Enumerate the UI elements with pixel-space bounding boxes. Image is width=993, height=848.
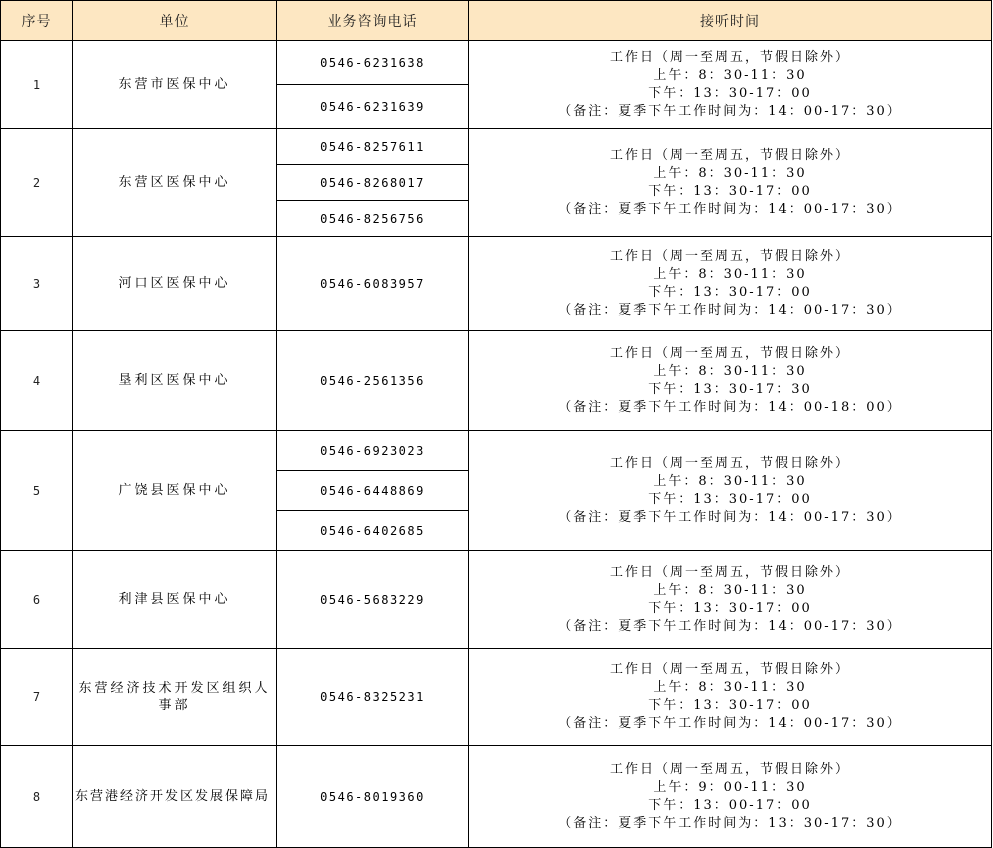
hours-summer-note: （备注：夏季下午工作时间为：14：00-17：30） [469, 509, 991, 527]
hours-workday: 工作日（周一至周五，节假日除外） [469, 761, 991, 779]
row-hours: 工作日（周一至周五，节假日除外） 上午：8：30-11：30 下午：13：30-… [469, 41, 992, 129]
hours-summer-note: （备注：夏季下午工作时间为：14：00-17：30） [469, 103, 991, 121]
table-row: 3 河口区医保中心 0546-6083957 工作日（周一至周五，节假日除外） … [1, 237, 992, 331]
row-phone[interactable]: 0546-8325231 [277, 649, 469, 746]
hours-workday: 工作日（周一至周五，节假日除外） [469, 564, 991, 582]
hours-morning: 上午：8：30-11：30 [469, 473, 991, 491]
row-unit: 垦利区医保中心 [73, 331, 277, 431]
row-seq: 3 [1, 237, 73, 331]
row-phone[interactable]: 0546-6923023 [277, 431, 469, 471]
hours-workday: 工作日（周一至周五，节假日除外） [469, 248, 991, 266]
row-phone[interactable]: 0546-8256756 [277, 201, 469, 237]
hours-morning: 上午：8：30-11：30 [469, 679, 991, 697]
hours-afternoon: 下午：13：30-17：00 [469, 491, 991, 509]
row-seq: 8 [1, 746, 73, 835]
row-unit: 东营市医保中心 [73, 41, 277, 129]
hours-summer-note: （备注：夏季下午工作时间为：14：00-17：30） [469, 618, 991, 636]
row-phone[interactable]: 0546-6448869 [277, 471, 469, 511]
row-hours: 工作日（周一至周五，节假日除外） 上午：8：30-11：30 下午：13：30-… [469, 237, 992, 331]
table-row: 5 广饶县医保中心 0546-6923023 工作日（周一至周五，节假日除外） … [1, 431, 992, 471]
hours-afternoon: 下午：13：30-17：00 [469, 183, 991, 201]
medical-insurance-contact-table: 序号 单位 业务咨询电话 接听时间 1 东营市医保中心 0546-6231638… [0, 0, 992, 834]
row-phone[interactable]: 0546-6231638 [277, 41, 469, 85]
row-seq: 6 [1, 551, 73, 649]
row-seq: 2 [1, 129, 73, 237]
hours-afternoon: 下午：13：30-17：30 [469, 381, 991, 399]
row-phone[interactable]: 0546-8257611 [277, 129, 469, 165]
row-phone[interactable]: 0546-5683229 [277, 551, 469, 649]
row-phone[interactable]: 0546-6083957 [277, 237, 469, 331]
row-hours: 工作日（周一至周五，节假日除外） 上午：8：30-11：30 下午：13：30-… [469, 331, 992, 431]
hours-summer-note: （备注：夏季下午工作时间为：14：00-17：30） [469, 201, 991, 219]
hours-afternoon: 下午：13：30-17：00 [469, 284, 991, 302]
row-phone[interactable]: 0546-2561356 [277, 331, 469, 431]
row-unit: 河口区医保中心 [73, 237, 277, 331]
table-row: 8 东营港经济开发区发展保障局 0546-8019360 工作日（周一至周五，节… [1, 746, 992, 835]
row-phone[interactable]: 0546-8019360 [277, 746, 469, 835]
hours-morning: 上午：9：00-11：30 [469, 779, 991, 797]
hours-summer-note: （备注：夏季下午工作时间为：14：00-17：30） [469, 302, 991, 320]
row-phone[interactable]: 0546-6402685 [277, 511, 469, 551]
row-hours: 工作日（周一至周五，节假日除外） 上午：8：30-11：30 下午：13：30-… [469, 129, 992, 237]
row-seq: 7 [1, 649, 73, 746]
hours-summer-note: （备注：夏季下午工作时间为：13：30-17：30） [469, 815, 991, 833]
row-unit: 东营区医保中心 [73, 129, 277, 237]
header-phone: 业务咨询电话 [277, 1, 469, 41]
header-hours: 接听时间 [469, 1, 992, 41]
table-row: 2 东营区医保中心 0546-8257611 工作日（周一至周五，节假日除外） … [1, 129, 992, 165]
row-hours: 工作日（周一至周五，节假日除外） 上午：8：30-11：30 下午：13：30-… [469, 551, 992, 649]
hours-morning: 上午：8：30-11：30 [469, 582, 991, 600]
header-seq: 序号 [1, 1, 73, 41]
row-seq: 5 [1, 431, 73, 551]
hours-workday: 工作日（周一至周五，节假日除外） [469, 147, 991, 165]
row-seq: 1 [1, 41, 73, 129]
hours-workday: 工作日（周一至周五，节假日除外） [469, 49, 991, 67]
hours-workday: 工作日（周一至周五，节假日除外） [469, 455, 991, 473]
hours-morning: 上午：8：30-11：30 [469, 363, 991, 381]
table-row: 4 垦利区医保中心 0546-2561356 工作日（周一至周五，节假日除外） … [1, 331, 992, 431]
hours-morning: 上午：8：30-11：30 [469, 67, 991, 85]
hours-afternoon: 下午：13：30-17：00 [469, 85, 991, 103]
row-phone[interactable]: 0546-8268017 [277, 165, 469, 201]
hours-afternoon: 下午：13：00-17：00 [469, 797, 991, 815]
table-header-row: 序号 单位 业务咨询电话 接听时间 [1, 1, 992, 41]
row-unit: 利津县医保中心 [73, 551, 277, 649]
row-hours: 工作日（周一至周五，节假日除外） 上午：8：30-11：30 下午：13：30-… [469, 431, 992, 551]
row-hours: 工作日（周一至周五，节假日除外） 上午：9：00-11：30 下午：13：00-… [469, 746, 992, 835]
hours-morning: 上午：8：30-11：30 [469, 165, 991, 183]
hours-workday: 工作日（周一至周五，节假日除外） [469, 345, 991, 363]
header-unit: 单位 [73, 1, 277, 41]
table-row: 6 利津县医保中心 0546-5683229 工作日（周一至周五，节假日除外） … [1, 551, 992, 649]
row-phone[interactable]: 0546-6231639 [277, 85, 469, 129]
hours-summer-note: （备注：夏季下午工作时间为：14：00-17：30） [469, 715, 991, 733]
row-unit: 东营港经济开发区发展保障局 [73, 746, 277, 835]
row-hours: 工作日（周一至周五，节假日除外） 上午：8：30-11：30 下午：13：30-… [469, 649, 992, 746]
row-unit: 东营经济技术开发区组织人事部 [73, 649, 277, 746]
row-seq: 4 [1, 331, 73, 431]
hours-afternoon: 下午：13：30-17：00 [469, 600, 991, 618]
hours-afternoon: 下午：13：30-17：00 [469, 697, 991, 715]
hours-summer-note: （备注：夏季下午工作时间为：14：00-18：00） [469, 399, 991, 417]
hours-morning: 上午：8：30-11：30 [469, 266, 991, 284]
hours-workday: 工作日（周一至周五，节假日除外） [469, 661, 991, 679]
table-row: 7 东营经济技术开发区组织人事部 0546-8325231 工作日（周一至周五，… [1, 649, 992, 746]
table-row: 1 东营市医保中心 0546-6231638 工作日（周一至周五，节假日除外） … [1, 41, 992, 85]
row-unit: 广饶县医保中心 [73, 431, 277, 551]
